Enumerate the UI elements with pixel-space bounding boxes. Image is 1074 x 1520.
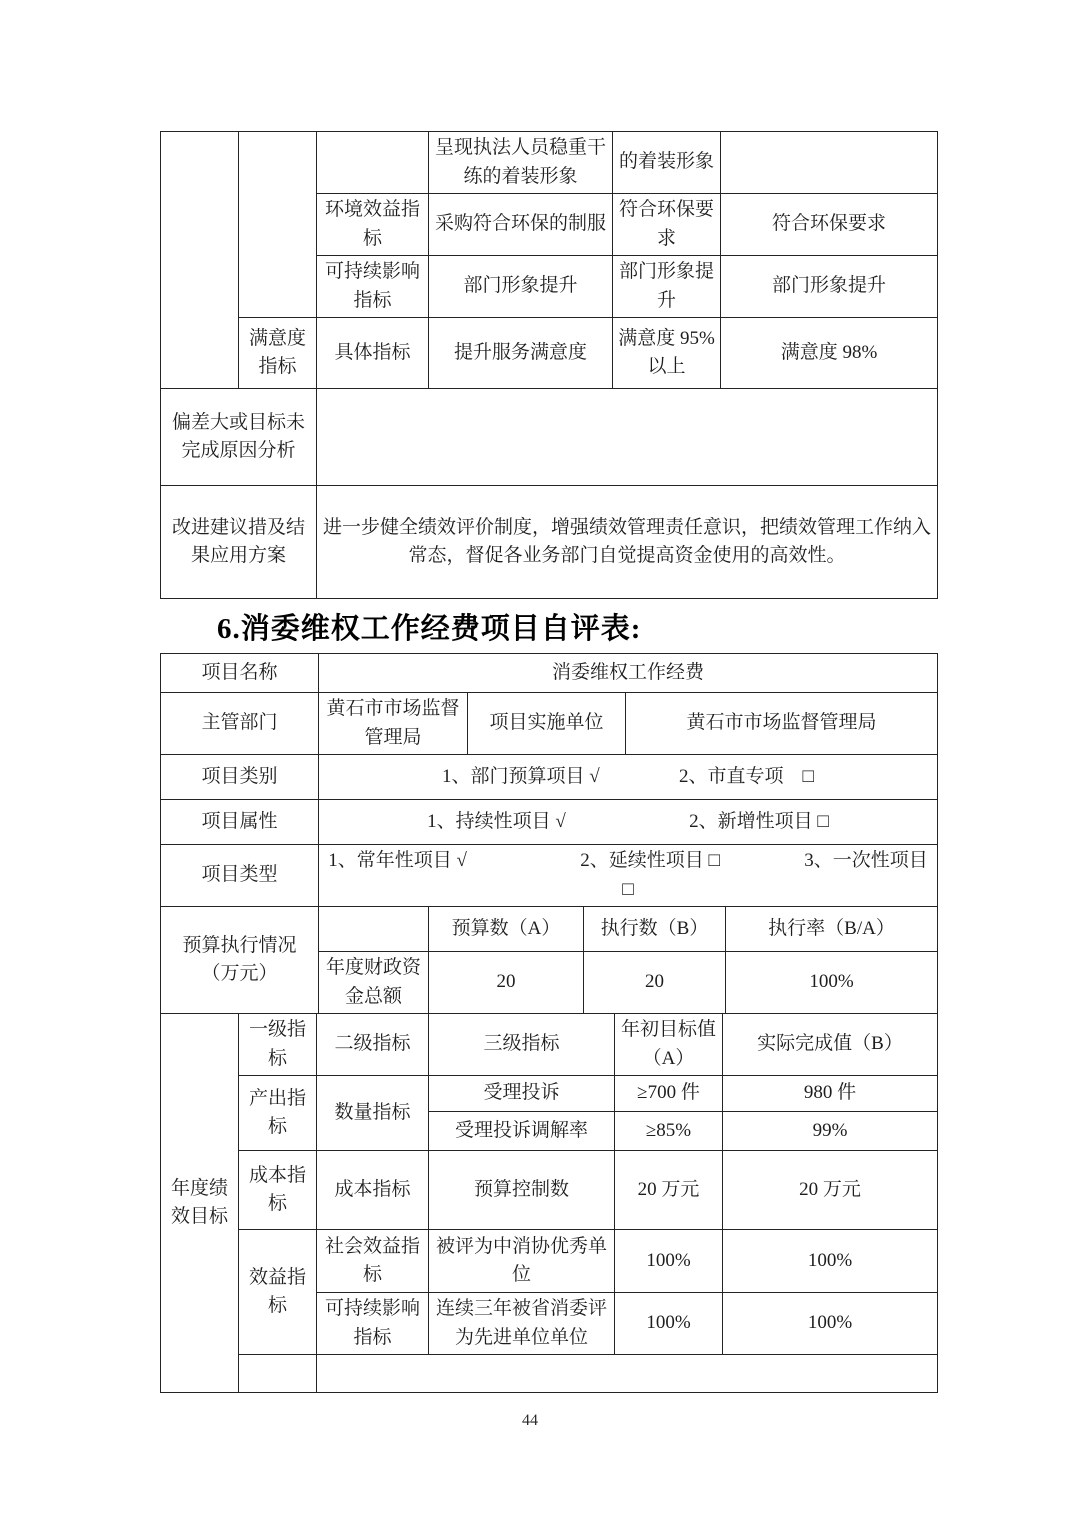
budget-header-rate: 执行率（B/A） (726, 907, 938, 952)
perf-header-level3: 三级指标 (429, 1014, 615, 1076)
goal-value-cell: 100% (615, 1293, 723, 1355)
indicator-target-cell: 部门形象提升 (429, 256, 613, 318)
improvement-content: 进一步健全绩效评价制度，增强绩效管理责任意识，把绩效管理工作纳入常态，督促各业务… (317, 486, 938, 599)
actual-value-cell: 符合环保要求 (721, 194, 938, 256)
type-options: 1、常年性项目 √2、延续性项目 □3、一次性项目 □ (319, 845, 938, 907)
perf-header-level1: 一级指标 (239, 1014, 317, 1076)
level2-indicator-cell: 社会效益指标 (317, 1230, 429, 1293)
dept-value: 黄石市市场监督管理局 (319, 693, 468, 755)
perf-header-row: 年度绩效目标 一级指标 二级指标 三级指标 年初目标值（A） 实际完成值（B） (161, 1014, 938, 1076)
table1-summary-section: 偏差大或目标未完成原因分析 改进建议措及结果应用方案 进一步健全绩效评价制度，增… (160, 388, 938, 599)
empty-cell (317, 1355, 938, 1393)
improvement-row: 改进建议措及结果应用方案 进一步健全绩效评价制度，增强绩效管理责任意识，把绩效管… (161, 486, 938, 599)
goal-value-cell: 部门形象提升 (613, 256, 721, 318)
empty-cell (317, 132, 429, 194)
level3-indicator-cell: 连续三年被省消委评为先进单位单位 (429, 1293, 615, 1355)
category-label: 项目类别 (161, 755, 319, 800)
category-option-1: 1、部门预算项目 √ (442, 763, 679, 792)
improvement-label: 改进建议措及结果应用方案 (161, 486, 317, 599)
indicator-target-cell: 提升服务满意度 (429, 318, 613, 389)
budget-row-label: 年度财政资金总额 (319, 952, 429, 1014)
goal-value-cell: 满意度 95%以上 (613, 318, 721, 389)
level3-indicator-cell: 受理投诉 (429, 1076, 615, 1112)
impl-unit-label: 项目实施单位 (468, 693, 626, 755)
empty-cell (239, 1355, 317, 1393)
goal-value-cell: 100% (615, 1230, 723, 1293)
deviation-content (317, 389, 938, 486)
goal-value-cell: 20 万元 (615, 1151, 723, 1230)
project-name-row: 项目名称 消委维权工作经费 (161, 654, 938, 693)
perf-row-cost: 成本指标 成本指标 预算控制数 20 万元 20 万元 (161, 1151, 938, 1230)
table2-performance-section: 年度绩效目标 一级指标 二级指标 三级指标 年初目标值（A） 实际完成值（B） … (160, 1013, 938, 1393)
table-continuation-stub (161, 1355, 938, 1393)
table1-row4: 满意度指标 具体指标 提升服务满意度 满意度 95%以上 满意度 98% (161, 318, 938, 389)
empty-cell (161, 132, 239, 389)
indicator-name-cell: 环境效益指标 (317, 194, 429, 256)
actual-value-cell: 部门形象提升 (721, 256, 938, 318)
level2-indicator-cell: 成本指标 (317, 1151, 429, 1230)
level1-indicator-cell: 成本指标 (239, 1151, 317, 1230)
attribute-option-2: 2、新增性项目 □ (689, 811, 829, 832)
perf-header-goal: 年初目标值（A） (615, 1014, 723, 1076)
indicator-target-cell: 呈现执法人员稳重干练的着装形象 (429, 132, 613, 194)
level2-indicator-cell: 可持续影响指标 (317, 1293, 429, 1355)
deviation-row: 偏差大或目标未完成原因分析 (161, 389, 938, 486)
page-number: 44 (0, 1412, 1060, 1430)
budget-amount-a: 20 (429, 952, 584, 1014)
budget-amount-b: 20 (584, 952, 726, 1014)
indicator-target-cell: 采购符合环保的制服 (429, 194, 613, 256)
level3-indicator-cell: 被评为中消协优秀单位 (429, 1230, 615, 1293)
actual-value-cell: 99% (723, 1112, 938, 1151)
table1-row1: 呈现执法人员稳重干练的着装形象 的着装形象 (161, 132, 938, 194)
category-options: 1、部门预算项目 √2、市直专项 □ (319, 755, 938, 800)
dept-label: 主管部门 (161, 693, 319, 755)
budget-header-row: 预算执行情况（万元） 预算数（A） 执行数（B） 执行率（B/A） (161, 907, 938, 952)
level3-indicator-cell: 受理投诉调解率 (429, 1112, 615, 1151)
perf-row-complaints: 产出指标 数量指标 受理投诉 ≥700 件 980 件 (161, 1076, 938, 1112)
perf-header-actual: 实际完成值（B） (723, 1014, 938, 1076)
table1-indicator-section: 呈现执法人员稳重干练的着装形象 的着装形象 环境效益指标 采购符合环保的制服 符… (160, 131, 938, 389)
perf-row-social-benefit: 效益指标 社会效益指标 被评为中消协优秀单位 100% 100% (161, 1230, 938, 1293)
category-option-2: 2、市直专项 □ (679, 766, 814, 787)
type-option-1: 1、常年性项目 √ (328, 847, 580, 876)
actual-value-cell: 100% (723, 1230, 938, 1293)
level1-indicator-cell: 满意度指标 (239, 318, 317, 389)
actual-value-cell: 满意度 98% (721, 318, 938, 389)
table2-budget-section: 预算执行情况（万元） 预算数（A） 执行数（B） 执行率（B/A） 年度财政资金… (160, 906, 938, 1014)
indicator-name-cell: 可持续影响指标 (317, 256, 429, 318)
empty-cell (721, 132, 938, 194)
level1-indicator-cell: 效益指标 (239, 1230, 317, 1355)
impl-unit-value: 黄石市市场监督管理局 (626, 693, 938, 755)
attribute-row: 项目属性 1、持续性项目 √2、新增性项目 □ (161, 800, 938, 845)
budget-header-b: 执行数（B） (584, 907, 726, 952)
empty-cell (239, 132, 317, 318)
goal-value-cell: 的着装形象 (613, 132, 721, 194)
perf-label: 年度绩效目标 (161, 1014, 239, 1393)
empty-cell (319, 907, 429, 952)
actual-value-cell: 980 件 (723, 1076, 938, 1112)
goal-value-cell: ≥700 件 (615, 1076, 723, 1112)
attribute-option-1: 1、持续性项目 √ (427, 808, 689, 837)
dept-row: 主管部门 黄石市市场监督管理局 项目实施单位 黄石市市场监督管理局 (161, 693, 938, 755)
attribute-label: 项目属性 (161, 800, 319, 845)
project-name-label: 项目名称 (161, 654, 319, 693)
type-row: 项目类型 1、常年性项目 √2、延续性项目 □3、一次性项目 □ (161, 845, 938, 907)
level2-indicator-cell: 数量指标 (317, 1076, 429, 1151)
project-name-value: 消委维权工作经费 (319, 654, 938, 693)
type-option-2: 2、延续性项目 □ (580, 847, 804, 876)
category-row: 项目类别 1、部门预算项目 √2、市直专项 □ (161, 755, 938, 800)
attribute-options: 1、持续性项目 √2、新增性项目 □ (319, 800, 938, 845)
budget-rate: 100% (726, 952, 938, 1014)
level1-indicator-cell: 产出指标 (239, 1076, 317, 1151)
budget-header-a: 预算数（A） (429, 907, 584, 952)
document-page: 呈现执法人员稳重干练的着装形象 的着装形象 环境效益指标 采购符合环保的制服 符… (160, 131, 938, 1393)
indicator-name-cell: 具体指标 (317, 318, 429, 389)
table2-info-section: 项目名称 消委维权工作经费 主管部门 黄石市市场监督管理局 项目实施单位 黄石市… (160, 653, 938, 907)
budget-label: 预算执行情况（万元） (161, 907, 319, 1014)
goal-value-cell: 符合环保要求 (613, 194, 721, 256)
goal-value-cell: ≥85% (615, 1112, 723, 1151)
actual-value-cell: 20 万元 (723, 1151, 938, 1230)
deviation-label: 偏差大或目标未完成原因分析 (161, 389, 317, 486)
perf-header-level2: 二级指标 (317, 1014, 429, 1076)
level3-indicator-cell: 预算控制数 (429, 1151, 615, 1230)
type-label: 项目类型 (161, 845, 319, 907)
actual-value-cell: 100% (723, 1293, 938, 1355)
section-heading: 6.消委维权工作经费项目自评表: (160, 599, 938, 654)
